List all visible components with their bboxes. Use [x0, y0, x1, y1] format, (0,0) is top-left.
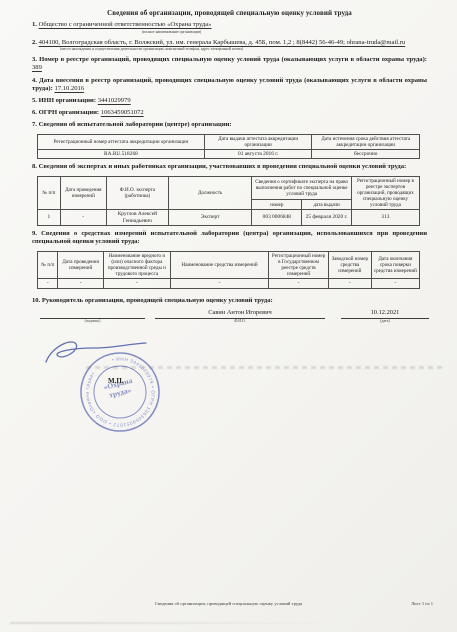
experts-col-cert-date: дата выдачи — [302, 200, 352, 210]
table-header-row: № п/п Дата проведения измерений Ф.И.О. э… — [38, 176, 420, 200]
item-5-inn: 5. ИНН организации: 3441029979 — [32, 97, 427, 105]
item-3-registry-number: 3. Номер в реестре организаций, проводящ… — [32, 56, 427, 72]
signature-field: (подпись) — [40, 309, 145, 324]
inn-value: 3441029979 — [98, 97, 131, 104]
instrument-date: - — [58, 279, 103, 288]
item-10-heading: 10. Руководитель организации, проводящей… — [32, 297, 427, 305]
footer-title: Сведения об организации, проводящей спец… — [0, 601, 457, 606]
table-header-row: № п/п Дата проведения измерений Наименов… — [38, 251, 420, 278]
signature-date: 10.12.2021 — [341, 309, 429, 319]
fio-caption: Ф.И.О. — [155, 320, 325, 324]
accreditation-col-expiry: Дата истечения срока действия аттестата … — [312, 134, 420, 149]
bleed-through-text — [86, 366, 442, 369]
org-name-value: Общество с ограниченной ответственностью… — [39, 21, 212, 28]
item-2-org-address: 2. 404100, Волгоградская область, г. Вол… — [32, 39, 427, 53]
page-footer: Сведения об организации, проводящей спец… — [0, 601, 457, 613]
accreditation-number: RA.RU.518268 — [38, 149, 205, 158]
instruments-col-date: Дата проведения измерений — [58, 251, 103, 278]
instruments-col-verification: Дата окончания срока поверки средства из… — [371, 251, 419, 278]
item-6-ogrn: 6. ОГРН организации: 1063459051072 — [32, 109, 427, 117]
date-caption: (дата) — [341, 320, 429, 324]
experts-col-name: Ф.И.О. эксперта (работника) — [106, 176, 168, 210]
expert-cert-date: 25 февраля 2020 г. — [302, 210, 352, 226]
item-7-heading: 7. Сведения об испытательной лаборатории… — [32, 121, 427, 129]
registry-number-value: 389 — [32, 64, 42, 71]
item-1-org-name: 1. Общество с ограниченной ответственнос… — [32, 21, 427, 35]
item-2-caption: (место нахождения и осуществления деятел… — [60, 48, 427, 52]
table-row: - - - - - - - — [38, 279, 420, 288]
table-row: RA.RU.518268 01 августа 2016 г. бессрочн… — [38, 149, 420, 158]
table-row: 1 - Круглов Алексей Геннадьевич Эксперт … — [38, 210, 420, 226]
experts-table: № п/п Дата проведения измерений Ф.И.О. э… — [37, 176, 420, 227]
item-4-registry-date: 4. Дата внесения в реестр организаций, п… — [32, 77, 427, 93]
experts-col-date: Дата проведения измерений — [60, 176, 106, 210]
scan-smudge — [10, 622, 337, 624]
document-content: Сведения об организации, проводящей спец… — [0, 9, 457, 324]
expert-position: Эксперт — [168, 210, 252, 226]
signature-line — [40, 309, 145, 319]
instrument-serial: - — [328, 279, 371, 288]
director-name: Савин Антон Игоревич — [155, 309, 325, 319]
footer-page-number: Лист 1 из 1 — [411, 601, 433, 606]
instruments-col-registry: Регистрационный номер в Государственном … — [269, 251, 329, 278]
experts-col-registry: Регистрационный номер в реестре эксперто… — [351, 176, 419, 210]
instrument-no: - — [38, 279, 58, 288]
item-1-number: 1. — [32, 21, 37, 28]
signature-scribble — [42, 336, 162, 368]
instrument-name: - — [170, 279, 268, 288]
org-address-value: 404100, Волгоградская область, г. Волжск… — [39, 39, 406, 46]
fio-field: Савин Антон Игоревич Ф.И.О. — [155, 309, 325, 324]
instruments-col-factor: Наименование вредного и (или) опасного ф… — [103, 251, 170, 278]
instruments-col-instrument: Наименование средства измерений — [170, 251, 268, 278]
experts-col-no: № п/п — [38, 176, 61, 210]
accreditation-col-issue-date: Дата выдачи аттестата аккредитации орган… — [204, 134, 312, 149]
accreditation-issue-date: 01 августа 2016 г. — [204, 149, 312, 158]
expert-no: 1 — [38, 210, 61, 226]
signature-caption: (подпись) — [40, 320, 145, 324]
item-8-heading: 8. Сведения об экспертах и иных работник… — [32, 163, 427, 171]
instrument-factor: - — [103, 279, 170, 288]
expert-measure-date: - — [60, 210, 106, 226]
instrument-verification: - — [371, 279, 419, 288]
experts-col-certificate-group: Сведения о сертификате эксперта на право… — [252, 176, 351, 200]
instruments-col-serial: Заводской номер средства измерений — [328, 251, 371, 278]
expert-cert-number: 003 0006848 — [252, 210, 302, 226]
ogrn-value: 1063459051072 — [101, 109, 144, 116]
document-page: Сведения об организации, проводящей спец… — [0, 0, 457, 632]
expert-registry-number: 313 — [351, 210, 419, 226]
item-1-caption: (полное наименование организации) — [142, 31, 427, 35]
expert-name: Круглов Алексей Геннадьевич — [106, 210, 168, 226]
experts-col-position: Должность — [168, 176, 252, 210]
item-2-number: 2. — [32, 39, 37, 46]
document-title: Сведения об организации, проводящей спец… — [32, 9, 427, 17]
instruments-table: № п/п Дата проведения измерений Наименов… — [37, 251, 420, 289]
signature-block: (подпись) Савин Антон Игоревич Ф.И.О. 10… — [40, 309, 429, 324]
instruments-col-no: № п/п — [38, 251, 58, 278]
item-9-heading: 9. Сведения о средствах измерений испыта… — [32, 230, 427, 246]
date-field: 10.12.2021 (дата) — [341, 309, 429, 324]
table-header-row: Регистрационный номер аттестата аккредит… — [38, 134, 420, 149]
accreditation-expiry: бессрочно — [312, 149, 420, 158]
registry-date-value: 17.10.2016 — [54, 85, 84, 92]
instrument-registry: - — [269, 279, 329, 288]
accreditation-col-number: Регистрационный номер аттестата аккредит… — [38, 134, 205, 149]
experts-col-cert-number: номер — [252, 200, 302, 210]
accreditation-table: Регистрационный номер аттестата аккредит… — [37, 134, 420, 160]
